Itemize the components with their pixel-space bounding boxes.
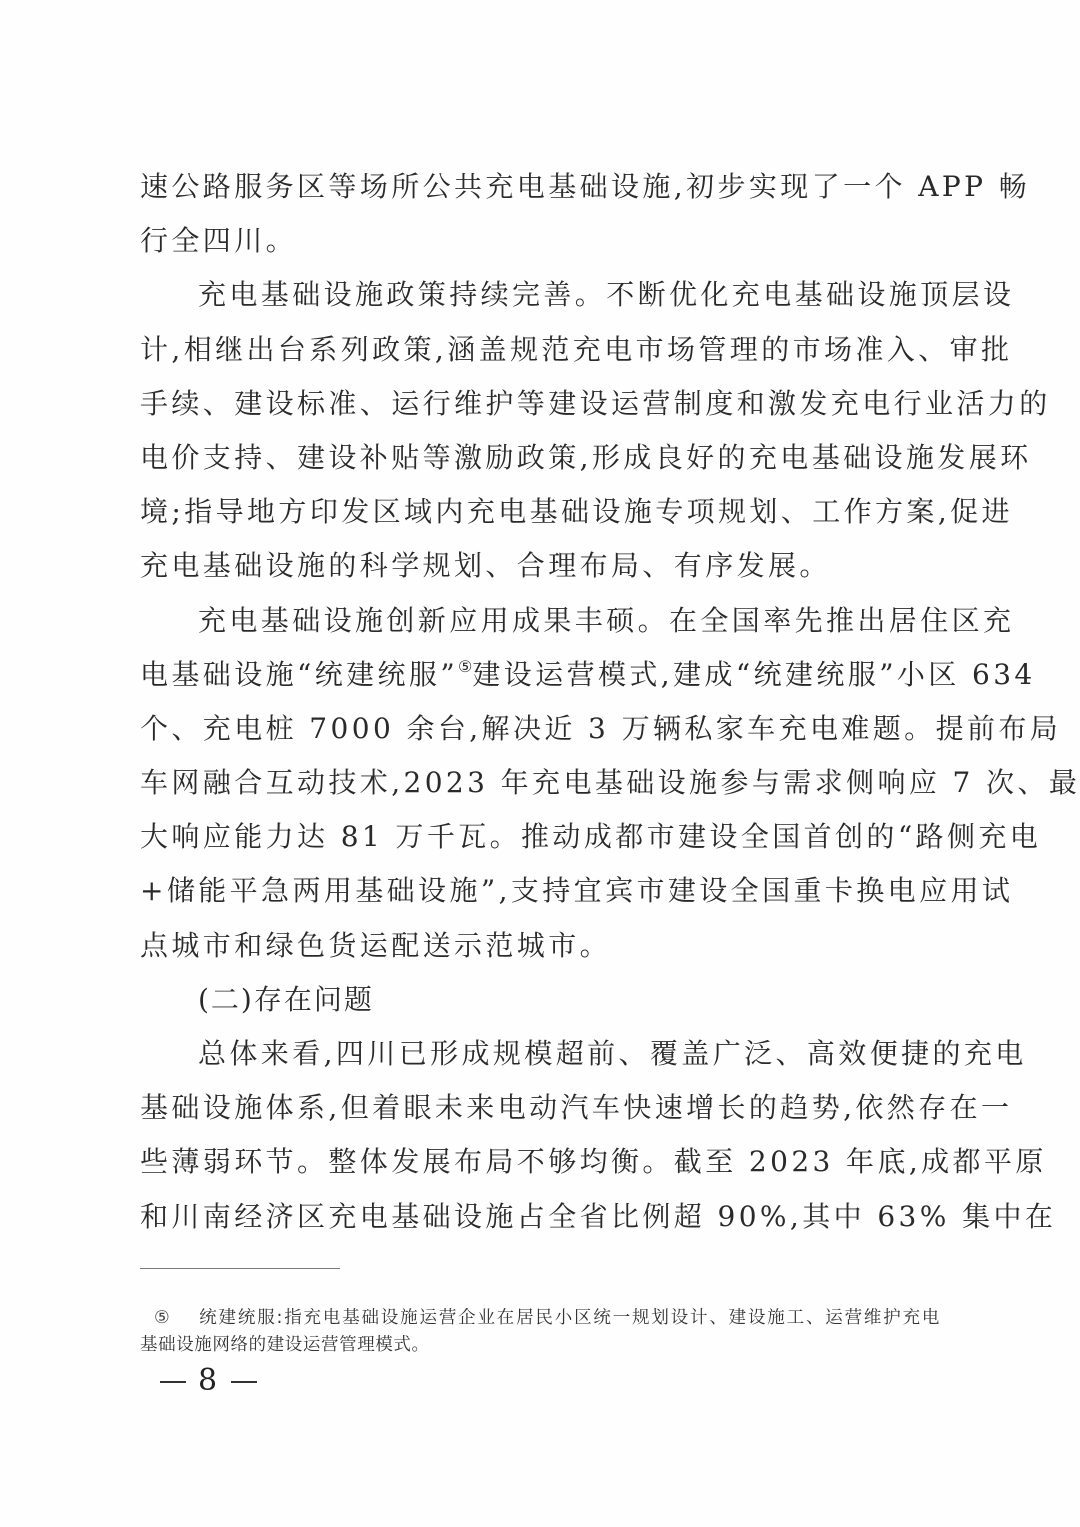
text-line: 充电基础设施创新应用成果丰硕。在全国率先推出居住区充 <box>140 594 940 648</box>
text-segment: 电基础设施“统建统服” <box>140 658 458 691</box>
footnote: ⑤统建统服:指充电基础设施运营企业在居民小区统一规划设计、建设施工、运营维护充电… <box>140 1305 940 1359</box>
text-line: 点城市和绿色货运配送示范城市。 <box>140 919 940 973</box>
text-line: 基础设施体系,但着眼未来电动汽车快速增长的趋势,依然存在一 <box>140 1081 940 1135</box>
page-number-dash-left <box>160 1381 186 1383</box>
text-line: 和川南经济区充电基础设施占全省比例超 90%,其中 63% 集中在 <box>140 1190 940 1244</box>
text-line: 境;指导地方印发区域内充电基础设施专项规划、工作方案,促进 <box>140 485 940 539</box>
paragraph-innovation: 充电基础设施创新应用成果丰硕。在全国率先推出居住区充 电基础设施“统建统服”⑤建… <box>140 594 940 973</box>
text-line: 充电基础设施政策持续完善。不断优化充电基础设施顶层设 <box>140 268 940 322</box>
footnote-line: ⑤统建统服:指充电基础设施运营企业在居民小区统一规划设计、建设施工、运营维护充电 <box>140 1305 940 1332</box>
text-line: 些薄弱环节。整体发展布局不够均衡。截至 2023 年底,成都平原 <box>140 1135 940 1189</box>
footnote-marker: ⑤ <box>154 1305 198 1332</box>
page-number-value: 8 <box>198 1363 219 1398</box>
document-page: 速公路服务区等场所公共充电基础设施,初步实现了一个 APP 畅 行全四川。 充电… <box>0 0 1080 1527</box>
text-line: 大响应能力达 81 万千瓦。推动成都市建设全国首创的“路侧充电 <box>140 810 940 864</box>
paragraph-problems: 总体来看,四川已形成规模超前、覆盖广泛、高效便捷的充电 基础设施体系,但着眼未来… <box>140 1027 940 1244</box>
text-line: 充电基础设施的科学规划、合理布局、有序发展。 <box>140 539 940 593</box>
text-line: 手续、建设标准、运行维护等建设运营制度和激发充电行业活力的 <box>140 377 940 431</box>
text-line-with-footnote-ref: 电基础设施“统建统服”⑤建设运营模式,建成“统建统服”小区 634 <box>140 648 940 702</box>
text-line: 总体来看,四川已形成规模超前、覆盖广泛、高效便捷的充电 <box>140 1027 940 1081</box>
section-heading: (二)存在问题 <box>140 973 940 1027</box>
footnote-line: 基础设施网络的建设运营管理模式。 <box>140 1332 940 1359</box>
text-line: 速公路服务区等场所公共充电基础设施,初步实现了一个 APP 畅 <box>140 160 940 214</box>
text-line: 车网融合互动技术,2023 年充电基础设施参与需求侧响应 7 次、最 <box>140 756 940 810</box>
text-line: 行全四川。 <box>140 214 940 268</box>
text-line: 个、充电桩 7000 余台,解决近 3 万辆私家车充电难题。提前布局 <box>140 702 940 756</box>
text-segment: 建设运营模式,建成“统建统服”小区 634 <box>472 658 1035 691</box>
text-line: 电价支持、建设补贴等激励政策,形成良好的充电基础设施发展环 <box>140 431 940 485</box>
body-text: 速公路服务区等场所公共充电基础设施,初步实现了一个 APP 畅 行全四川。 充电… <box>140 160 940 1244</box>
page-number-dash-right <box>231 1381 257 1383</box>
footnote-text: 统建统服:指充电基础设施运营企业在居民小区统一规划设计、建设施工、运营维护充电 <box>198 1308 940 1328</box>
page-number: 8 <box>148 1363 269 1398</box>
text-line: +储能平急两用基础设施”,支持宜宾市建设全国重卡换电应用试 <box>140 864 940 918</box>
footnote-reference[interactable]: ⑤ <box>458 657 472 676</box>
paragraph-policy: 充电基础设施政策持续完善。不断优化充电基础设施顶层设 计,相继出台系列政策,涵盖… <box>140 268 940 593</box>
footnote-divider <box>140 1268 340 1269</box>
paragraph-continued: 速公路服务区等场所公共充电基础设施,初步实现了一个 APP 畅 行全四川。 <box>140 160 940 268</box>
text-line: 计,相继出台系列政策,涵盖规范充电市场管理的市场准入、审批 <box>140 323 940 377</box>
